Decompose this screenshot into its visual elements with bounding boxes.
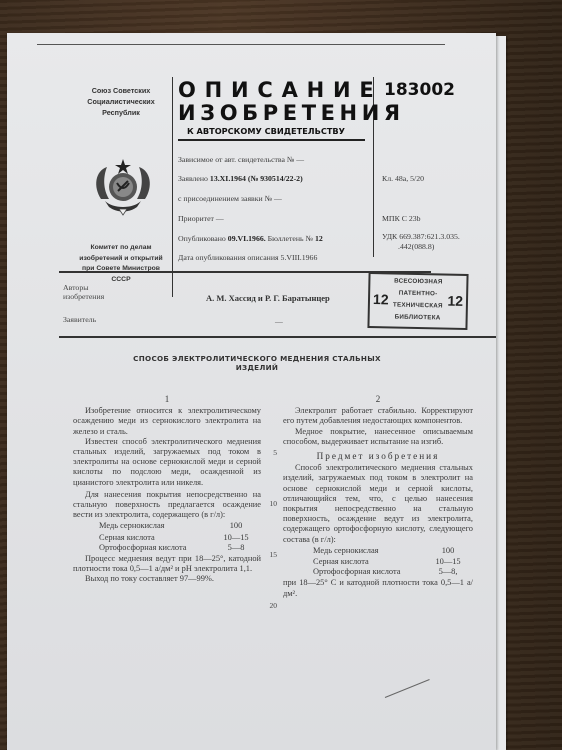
authors-label: Авторы изобретения (63, 283, 104, 301)
subtitle: К АВТОРСКОМУ СВИДЕТЕЛЬСТВУ (187, 126, 345, 136)
claims-heading: Предмет изобретения (283, 451, 473, 461)
joined-application: с присоединением заявки № — (178, 194, 282, 203)
applicant: — (275, 317, 283, 326)
line-number: 15 (263, 550, 277, 559)
library-stamp: 12 12 ВСЕСОЮЗНАЯ ПАТЕНТНО- ТЕХНИЧЕСКАЯ Б… (367, 272, 468, 330)
dependent-certificate: Зависимое от авт. свидетельства № — (178, 155, 304, 164)
authors: А. М. Хассид и Р. Г. Баратынцер (206, 293, 330, 303)
text-column-1: 1 Изобретение относится к электролитичес… (73, 394, 261, 585)
filed-info: Заявлено 13.XI.1964 (№ 930514/22-2) (178, 174, 303, 183)
applicant-label: Заявитель (63, 315, 96, 324)
description-date: Дата опубликования описания 5.VIII.1966 (178, 253, 317, 262)
ussr-emblem-icon (91, 157, 155, 219)
header-divider-left (172, 77, 173, 297)
priority: Приоритет — (178, 214, 224, 223)
patent-number: 183002 (384, 80, 455, 100)
rule-below-authors (59, 336, 496, 338)
line-number: 5 (263, 448, 277, 457)
committee-name: Комитет по делам изобретений и открытий … (73, 243, 169, 285)
composition-row: Медь сернокислая100 (313, 546, 473, 556)
title-rule (178, 139, 365, 141)
udc-line-2: .442(088.8) (398, 242, 434, 251)
composition-row: Ортофосфорная кислота5—8, (313, 567, 473, 577)
composition-row: Медь сернокислая100 (99, 521, 261, 531)
column-number: 1 (73, 394, 261, 404)
composition-row: Серная кислота10—15 (313, 557, 473, 567)
class: Кл. 48а, 5/20 (382, 174, 424, 183)
composition-row: Серная кислота10—15 (99, 533, 261, 543)
udc-line-1: УДК 669.387:621.3.035. (382, 232, 460, 241)
document-title: СПОСОБ ЭЛЕКТРОЛИТИЧЕСКОГО МЕДНЕНИЯ СТАЛЬ… (67, 354, 447, 372)
line-number: 10 (263, 499, 277, 508)
composition-row: Ортофосфорная кислота5—8 (99, 543, 261, 553)
patent-page: Союз Советских Социалистических Республи… (7, 33, 496, 750)
pencil-mark (385, 679, 430, 698)
text-column-2: 2 Электролит работает стабильно. Коррект… (283, 394, 473, 599)
published-info: Опубликовано 09.VI.1966. Бюллетень № 12 (178, 234, 323, 243)
line-number: 20 (263, 601, 277, 610)
title-line-2: ИЗОБРЕТЕНИЯ (178, 102, 405, 124)
top-rule (37, 44, 445, 45)
column-number: 2 (283, 394, 473, 404)
title-line-1: ОПИСАНИЕ (178, 79, 383, 101)
state-name: Союз Советских Социалистических Республи… (73, 85, 169, 118)
ipc: МПК С 23b (382, 214, 421, 223)
